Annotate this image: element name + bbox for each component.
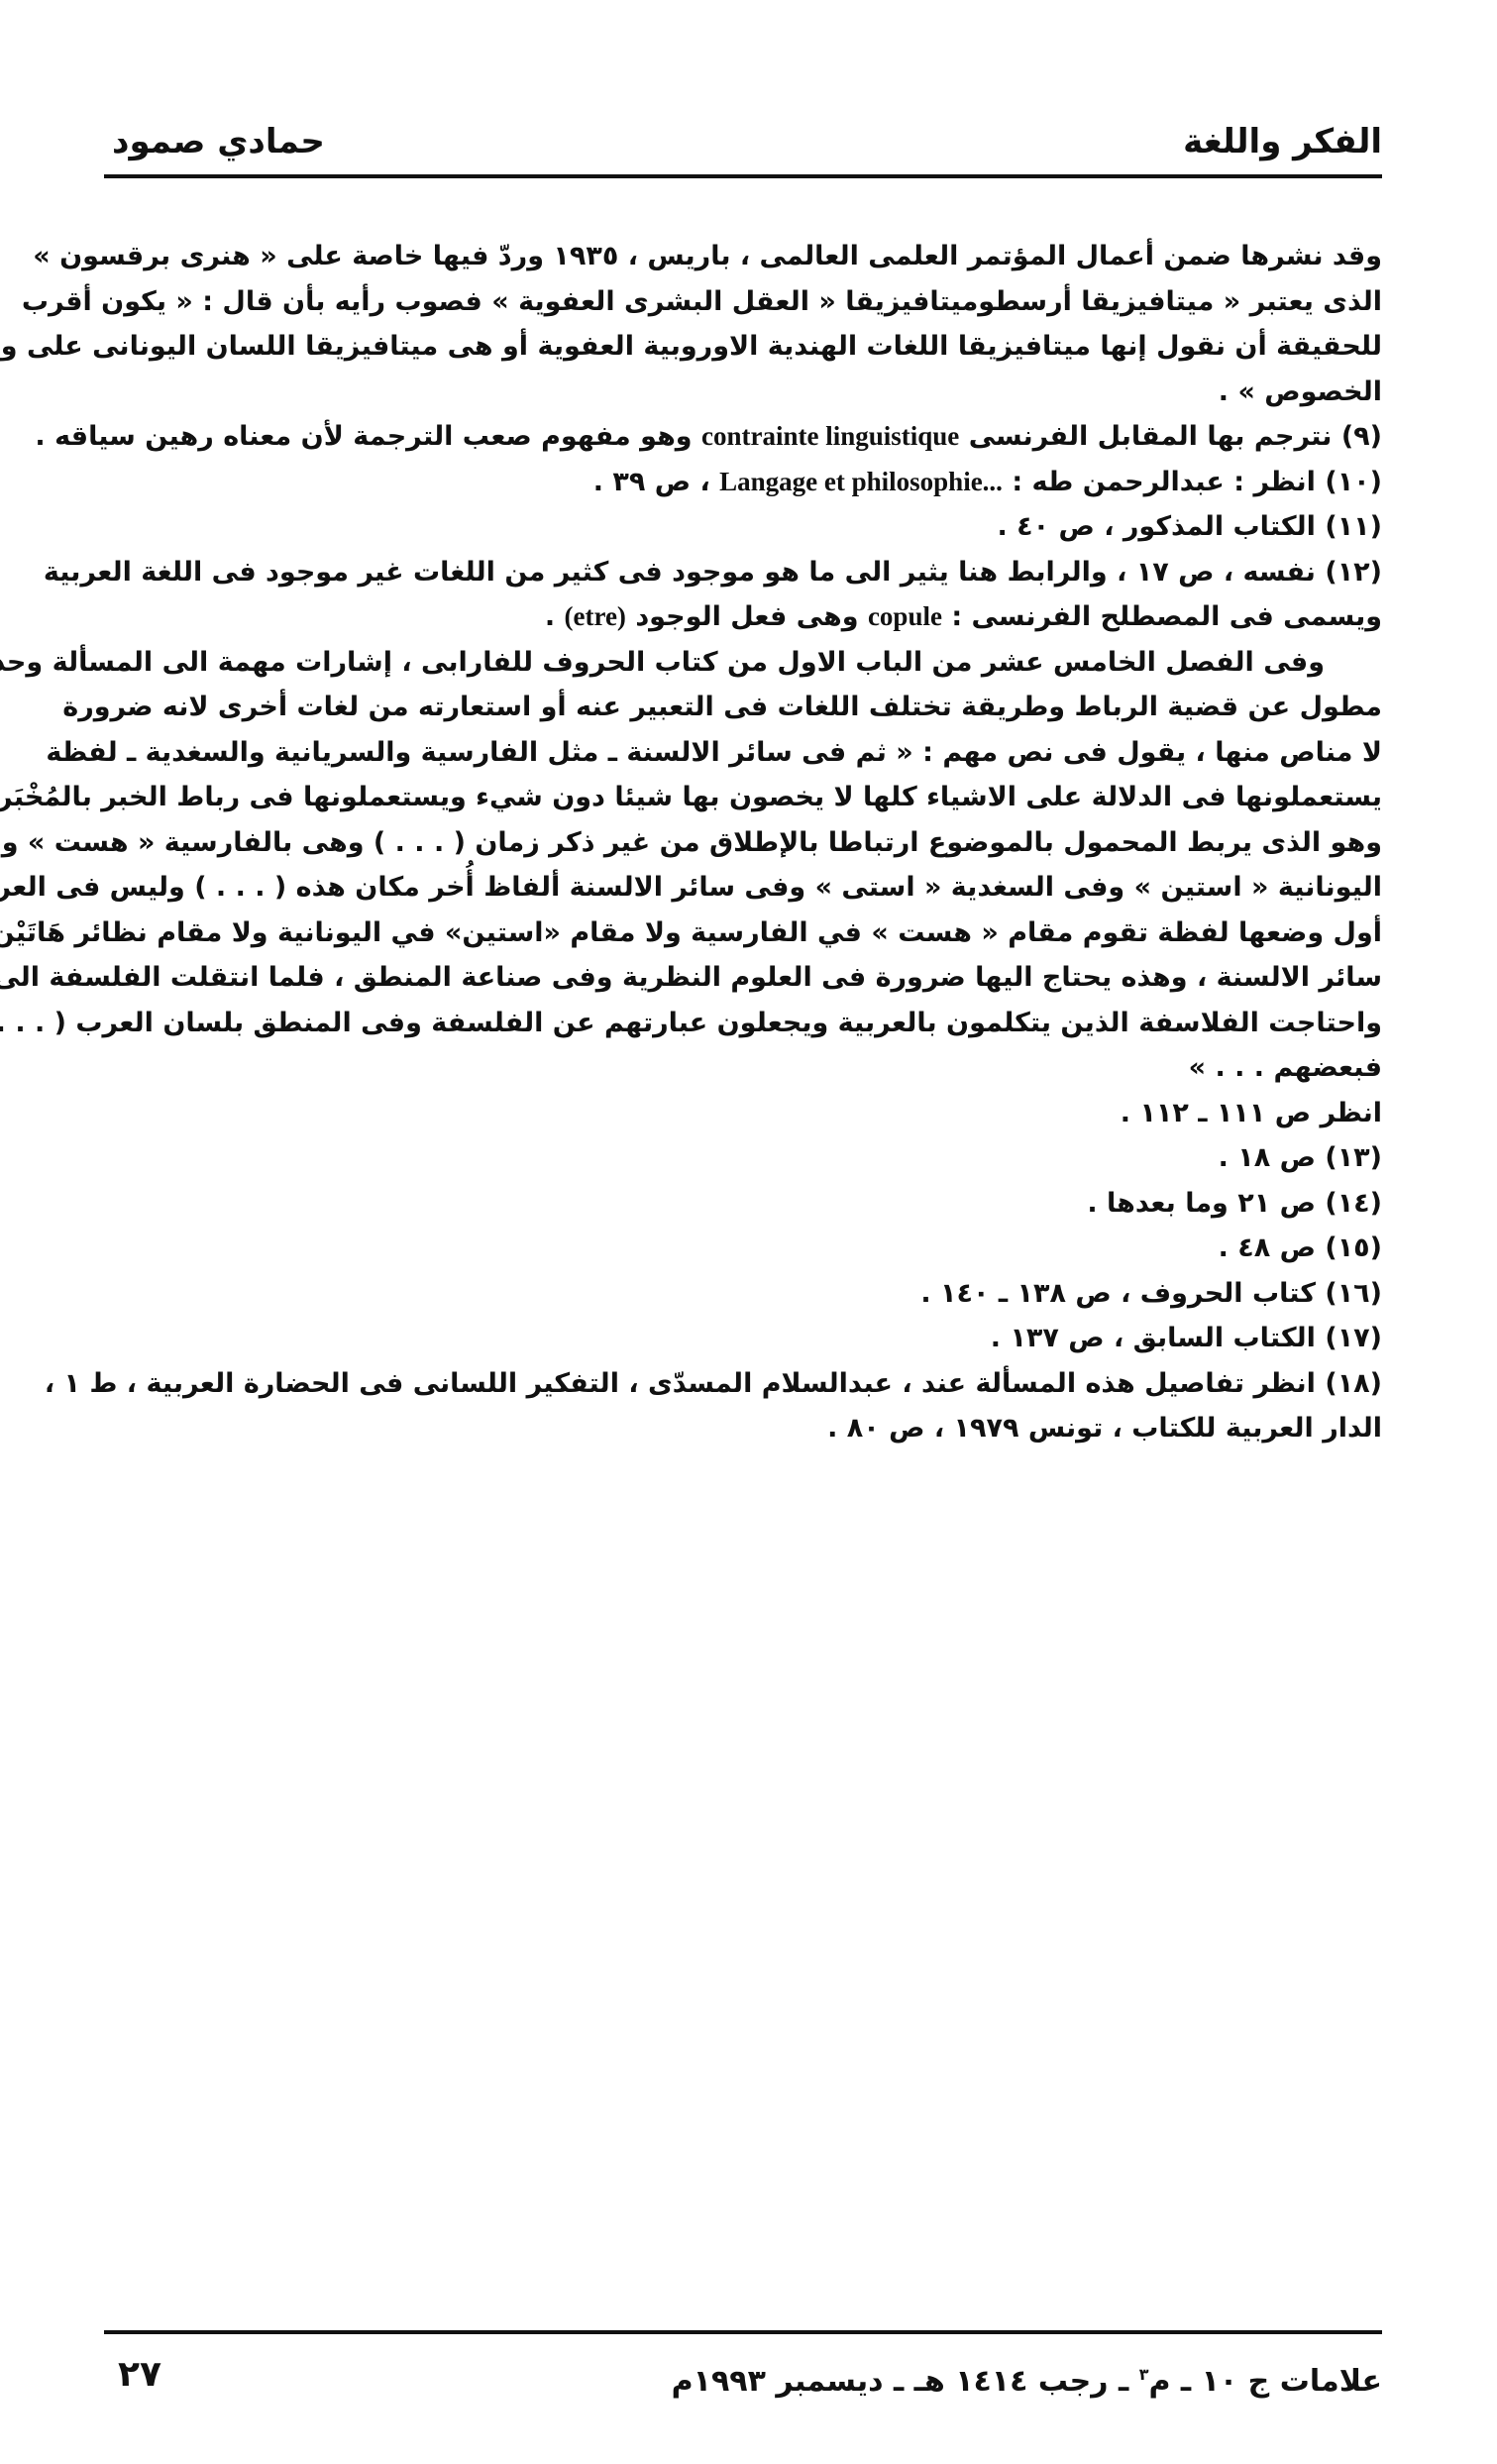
footnote-12-latin-etre: (etre) [564,601,625,631]
body-text: وقد نشرها ضمن أعمال المؤتمر العلمى العال… [104,234,1382,1451]
footnote-11: (١١) الكتاب المذكور ، ص ٤٠ . [104,504,1382,550]
journal-issue-volume-sup: ٣ [1139,2365,1149,2384]
footnote-12-tail: . [545,601,555,632]
text-line: يستعملونها فى الدلالة على الاشياء كلها ل… [104,775,1382,820]
text-line: واحتاجت الفلاسفة الذين يتكلمون بالعربية … [104,1001,1382,1046]
footnote-12-latin-term: copule [868,601,942,631]
footnote-10-text: (١٠) انظر : عبدالرحمن طه : [1012,467,1382,497]
running-head-author: حمادي صمود [112,117,325,166]
running-head-title: الفكر واللغة [1183,117,1382,166]
text-line: الخصوص » . [104,370,1382,415]
footnote-12-mid: وهى فعل الوجود [635,601,858,632]
text-line: فبعضهم . . . » [104,1045,1382,1091]
text-line: مطول عن قضية الرباط وطريقة تختلف اللغات … [104,685,1382,730]
page-footer: علامات ج ١٠ ـ م٣ ـ رجب ١٤١٤ هـ ـ ديسمبر … [104,2350,1382,2400]
footnote-10: (١٠) انظر : عبدالرحمن طه : Langage et ph… [104,460,1382,505]
text-line: سائر الالسنة ، وهذه يحتاج اليها ضرورة فى… [104,955,1382,1001]
footnote-17: (١٧) الكتاب السابق ، ص ١٣٧ . [104,1316,1382,1361]
running-head: الفكر واللغة حمادي صمود [104,117,1382,166]
footnote-9-tail: وهو مفهوم صعب الترجمة لأن معناه رهين سيا… [35,421,692,452]
footer-rule [104,2330,1382,2334]
document-page: الفكر واللغة حمادي صمود وقد نشرها ضمن أع… [104,0,1382,2464]
footnote-16: (١٦) كتاب الحروف ، ص ١٣٨ ـ ١٤٠ . [104,1271,1382,1317]
footnote-12-cont: ويسمى فى المصطلح الفرنسى : copule وهى فع… [104,594,1382,640]
footnote-10-latin-title: Langage et philosophie... [719,467,1003,496]
footnote-18-cont: الدار العربية للكتاب ، تونس ١٩٧٩ ، ص ٨٠ … [104,1406,1382,1451]
footnote-9-latin-term: contrainte linguistique [701,421,959,451]
journal-issue-text: علامات ج ١٠ ـ م [1148,2364,1382,2399]
journal-issue-date: ـ رجب ١٤١٤ هـ ـ ديسمبر ١٩٩٣م [672,2364,1139,2399]
footnote-14: (١٤) ص ٢١ وما بعدها . [104,1181,1382,1227]
header-rule [104,174,1382,178]
footnote-12-text: ويسمى فى المصطلح الفرنسى : [951,601,1382,632]
journal-issue: علامات ج ١٠ ـ م٣ ـ رجب ١٤١٤ هـ ـ ديسمبر … [672,2350,1382,2407]
text-line: للحقيقة أن نقول إنها ميتافيزيقا اللغات ا… [104,324,1382,370]
text-line: وقد نشرها ضمن أعمال المؤتمر العلمى العال… [104,234,1382,279]
text-line: وفى الفصل الخامس عشر من الباب الاول من ك… [104,640,1382,686]
text-line: لا مناص منها ، يقول فى نص مهم : « ثم فى … [104,730,1382,776]
footnote-9-text: (٩) نترجم بها المقابل الفرنسى [969,421,1382,452]
footnote-13: (١٣) ص ١٨ . [104,1135,1382,1181]
footnote-15: (١٥) ص ٤٨ . [104,1226,1382,1271]
text-line: اليونانية « استين » وفى السغدية « استى »… [104,865,1382,911]
text-line: أول وضعها لفظة تقوم مقام « هست » في الفا… [104,911,1382,956]
text-line: الذى يعتبر « ميتافيزيقا أرسطوميتافيزيقا … [104,279,1382,325]
footnote-10-tail: ، ص ٣٩ . [593,467,710,497]
footnote-12: (١٢) نفسه ، ص ١٧ ، والرابط هنا يثير الى … [104,550,1382,595]
page-number: ٢٧ [118,2350,161,2400]
text-line: انظر ص ١١١ ـ ١١٢ . [104,1091,1382,1136]
footnote-18: (١٨) انظر تفاصيل هذه المسألة عند ، عبدال… [104,1361,1382,1407]
text-line: وهو الذى يربط المحمول بالموضوع ارتباطا ب… [104,820,1382,866]
footnote-9: (٩) نترجم بها المقابل الفرنسى contrainte… [104,414,1382,460]
